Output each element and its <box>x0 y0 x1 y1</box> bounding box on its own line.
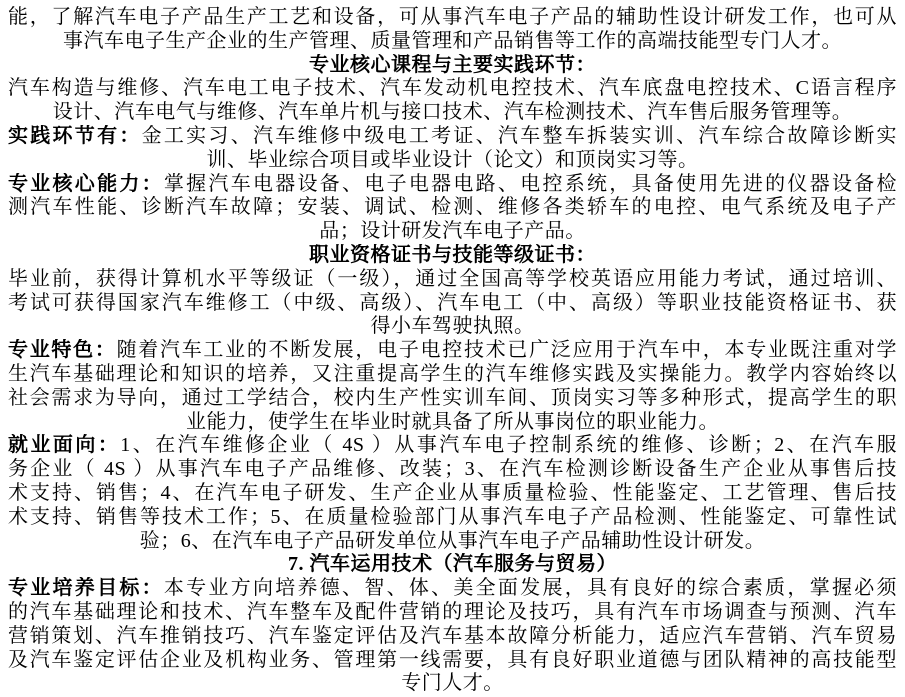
line-text: 营销策划、汽车推销技巧、汽车鉴定评估及汽车基本故障分析能力，适应汽车营销、汽车贸… <box>8 625 897 647</box>
line-text: 职业资格证书与技能等级证书： <box>309 244 596 266</box>
line-text: 务企业（ 4S ）从事汽车电子产品维修、改装；3、在汽车检测诊断设备生产企业从事… <box>8 458 897 480</box>
line-text: 毕业前，获得计算机水平等级证（一级），通过全国高等学校英语应用能力考试，通过培训… <box>8 268 897 290</box>
text-line: 汽车构造与维修、汽车电工电子技术、汽车发动机电控技术、汽车底盘电控技术、C语言程… <box>8 77 897 101</box>
line-text: 掌握汽车电器设备、电子电器电路、电控系统，具备使用先进的仪器设备检 <box>164 173 897 195</box>
text-line: 社会需求为导向，通过工学结合，校内生产性实训车间、顶岗实习等多种形式，提高学生的… <box>8 387 897 411</box>
line-text: 7. 汽车运用技术（汽车服务与贸易） <box>288 553 617 575</box>
document-page: 能，了解汽车电子产品生产工艺和设备，可从事汽车电子产品的辅助性设计研发工作，也可… <box>0 0 905 697</box>
line-text: 验；6、在汽车电子产品研发单位从事汽车电子产品辅助性设计研发。 <box>140 530 766 552</box>
line-text: 训、毕业综合项目或毕业设计（论文）和顶岗实习等。 <box>207 149 699 171</box>
line-text: 专门人才。 <box>401 672 504 694</box>
line-bold-label: 专业培养目标： <box>8 577 164 599</box>
text-line: 事汽车电子生产企业的生产管理、质量管理和产品销售等工作的高端技能型专门人才。 <box>8 30 897 54</box>
text-line: 就业面向：1、在汽车维修企业（ 4S ）从事汽车电子控制系统的维修、诊断；2、在… <box>8 434 897 458</box>
text-line: 能，了解汽车电子产品生产工艺和设备，可从事汽车电子产品的辅助性设计研发工作，也可… <box>8 6 897 30</box>
line-text: 生汽车基础理论和知识的培养，又注重提高学生的汽车维修实践及实操能力。教学内容始终… <box>8 363 897 385</box>
text-line: 业能力，使学生在毕业时就具备了所从事岗位的职业能力。 <box>8 411 897 435</box>
line-text: 社会需求为导向，通过工学结合，校内生产性实训车间、顶岗实习等多种形式，提高学生的… <box>8 387 897 409</box>
text-line: 营销策划、汽车推销技巧、汽车鉴定评估及汽车基本故障分析能力，适应汽车营销、汽车贸… <box>8 625 897 649</box>
text-line: 的汽车基础理论和技术、汽车整车及配件营销的理论及技巧，具有汽车市场调查与预测、汽… <box>8 601 897 625</box>
text-line: 术支持、销售；4、在汽车电子研发、生产企业从事质量检验、性能鉴定、工艺管理、售后… <box>8 482 897 506</box>
line-text: 能，了解汽车电子产品生产工艺和设备，可从事汽车电子产品的辅助性设计研发工作，也可… <box>8 6 897 28</box>
text-line: 得小车驾驶执照。 <box>8 315 897 339</box>
line-text: 本专业方向培养德、智、体、美全面发展，具有良好的综合素质，掌握必须 <box>164 577 897 599</box>
line-bold-label: 专业特色： <box>8 339 117 361</box>
text-line: 专业核心课程与主要实践环节： <box>8 54 897 78</box>
line-text: 得小车驾驶执照。 <box>371 315 535 337</box>
line-bold-label: 专业核心能力： <box>8 173 164 195</box>
text-line: 实践环节有：金工实习、汽车维修中级电工考证、汽车整车拆装实训、汽车综合故障诊断实 <box>8 125 897 149</box>
text-line: 专业特色：随着汽车工业的不断发展，电子电控技术已广泛应用于汽车中，本专业既注重对… <box>8 339 897 363</box>
text-line: 验；6、在汽车电子产品研发单位从事汽车电子产品辅助性设计研发。 <box>8 530 897 554</box>
text-line: 生汽车基础理论和知识的培养，又注重提高学生的汽车维修实践及实操能力。教学内容始终… <box>8 363 897 387</box>
line-text: 1、在汽车维修企业（ 4S ）从事汽车电子控制系统的维修、诊断；2、在汽车服 <box>120 434 897 456</box>
text-line: 专门人才。 <box>8 672 897 696</box>
text-line: 考试可获得国家汽车维修工（中级、高级）、汽车电工（中、高级）等职业技能资格证书、… <box>8 292 897 316</box>
line-text: 专业核心课程与主要实践环节： <box>309 54 596 76</box>
text-line: 专业核心能力：掌握汽车电器设备、电子电器电路、电控系统，具备使用先进的仪器设备检 <box>8 173 897 197</box>
line-text: 术支持、销售；4、在汽车电子研发、生产企业从事质量检验、性能鉴定、工艺管理、售后… <box>8 482 897 504</box>
text-line: 品；设计研发汽车电子产品。 <box>8 220 897 244</box>
line-text: 测汽车性能、诊断汽车故障；安装、调试、检测、维修各类轿车的电控、电气系统及电子产 <box>8 196 897 218</box>
text-line: 专业培养目标：本专业方向培养德、智、体、美全面发展，具有良好的综合素质，掌握必须 <box>8 577 897 601</box>
text-line: 训、毕业综合项目或毕业设计（论文）和顶岗实习等。 <box>8 149 897 173</box>
text-line: 7. 汽车运用技术（汽车服务与贸易） <box>8 553 897 577</box>
line-text: 品；设计研发汽车电子产品。 <box>319 220 586 242</box>
line-text: 考试可获得国家汽车维修工（中级、高级）、汽车电工（中、高级）等职业技能资格证书、… <box>8 292 897 314</box>
line-text: 及汽车鉴定评估企业及机构业务、管理第一线需要，具有良好职业道德与团队精神的高技能… <box>8 649 897 671</box>
line-text: 的汽车基础理论和技术、汽车整车及配件营销的理论及技巧，具有汽车市场调查与预测、汽… <box>8 601 897 623</box>
line-text: 金工实习、汽车维修中级电工考证、汽车整车拆装实训、汽车综合故障诊断实 <box>142 125 897 147</box>
line-text: 事汽车电子生产企业的生产管理、质量管理和产品销售等工作的高端技能型专门人才。 <box>63 30 842 52</box>
text-line: 职业资格证书与技能等级证书： <box>8 244 897 268</box>
text-line: 及汽车鉴定评估企业及机构业务、管理第一线需要，具有良好职业道德与团队精神的高技能… <box>8 649 897 673</box>
line-text: 汽车构造与维修、汽车电工电子技术、汽车发动机电控技术、汽车底盘电控技术、C语言程… <box>8 77 897 99</box>
line-bold-label: 实践环节有： <box>8 125 142 147</box>
text-line: 设计、汽车电气与维修、汽车单片机与接口技术、汽车检测技术、汽车售后服务管理等。 <box>8 101 897 125</box>
line-text: 业能力，使学生在毕业时就具备了所从事岗位的职业能力。 <box>186 411 719 433</box>
line-bold-label: 就业面向： <box>8 434 120 456</box>
line-text: 随着汽车工业的不断发展，电子电控技术已广泛应用于汽车中，本专业既注重对学 <box>117 339 897 361</box>
text-line: 测汽车性能、诊断汽车故障；安装、调试、检测、维修各类轿车的电控、电气系统及电子产 <box>8 196 897 220</box>
line-text: 术支持、销售等技术工作；5、在质量检验部门从事汽车电子产品检测、性能鉴定、可靠性… <box>8 506 897 528</box>
text-line: 务企业（ 4S ）从事汽车电子产品维修、改装；3、在汽车检测诊断设备生产企业从事… <box>8 458 897 482</box>
text-line: 毕业前，获得计算机水平等级证（一级），通过全国高等学校英语应用能力考试，通过培训… <box>8 268 897 292</box>
line-text: 设计、汽车电气与维修、汽车单片机与接口技术、汽车检测技术、汽车售后服务管理等。 <box>53 101 853 123</box>
text-line: 术支持、销售等技术工作；5、在质量检验部门从事汽车电子产品检测、性能鉴定、可靠性… <box>8 506 897 530</box>
